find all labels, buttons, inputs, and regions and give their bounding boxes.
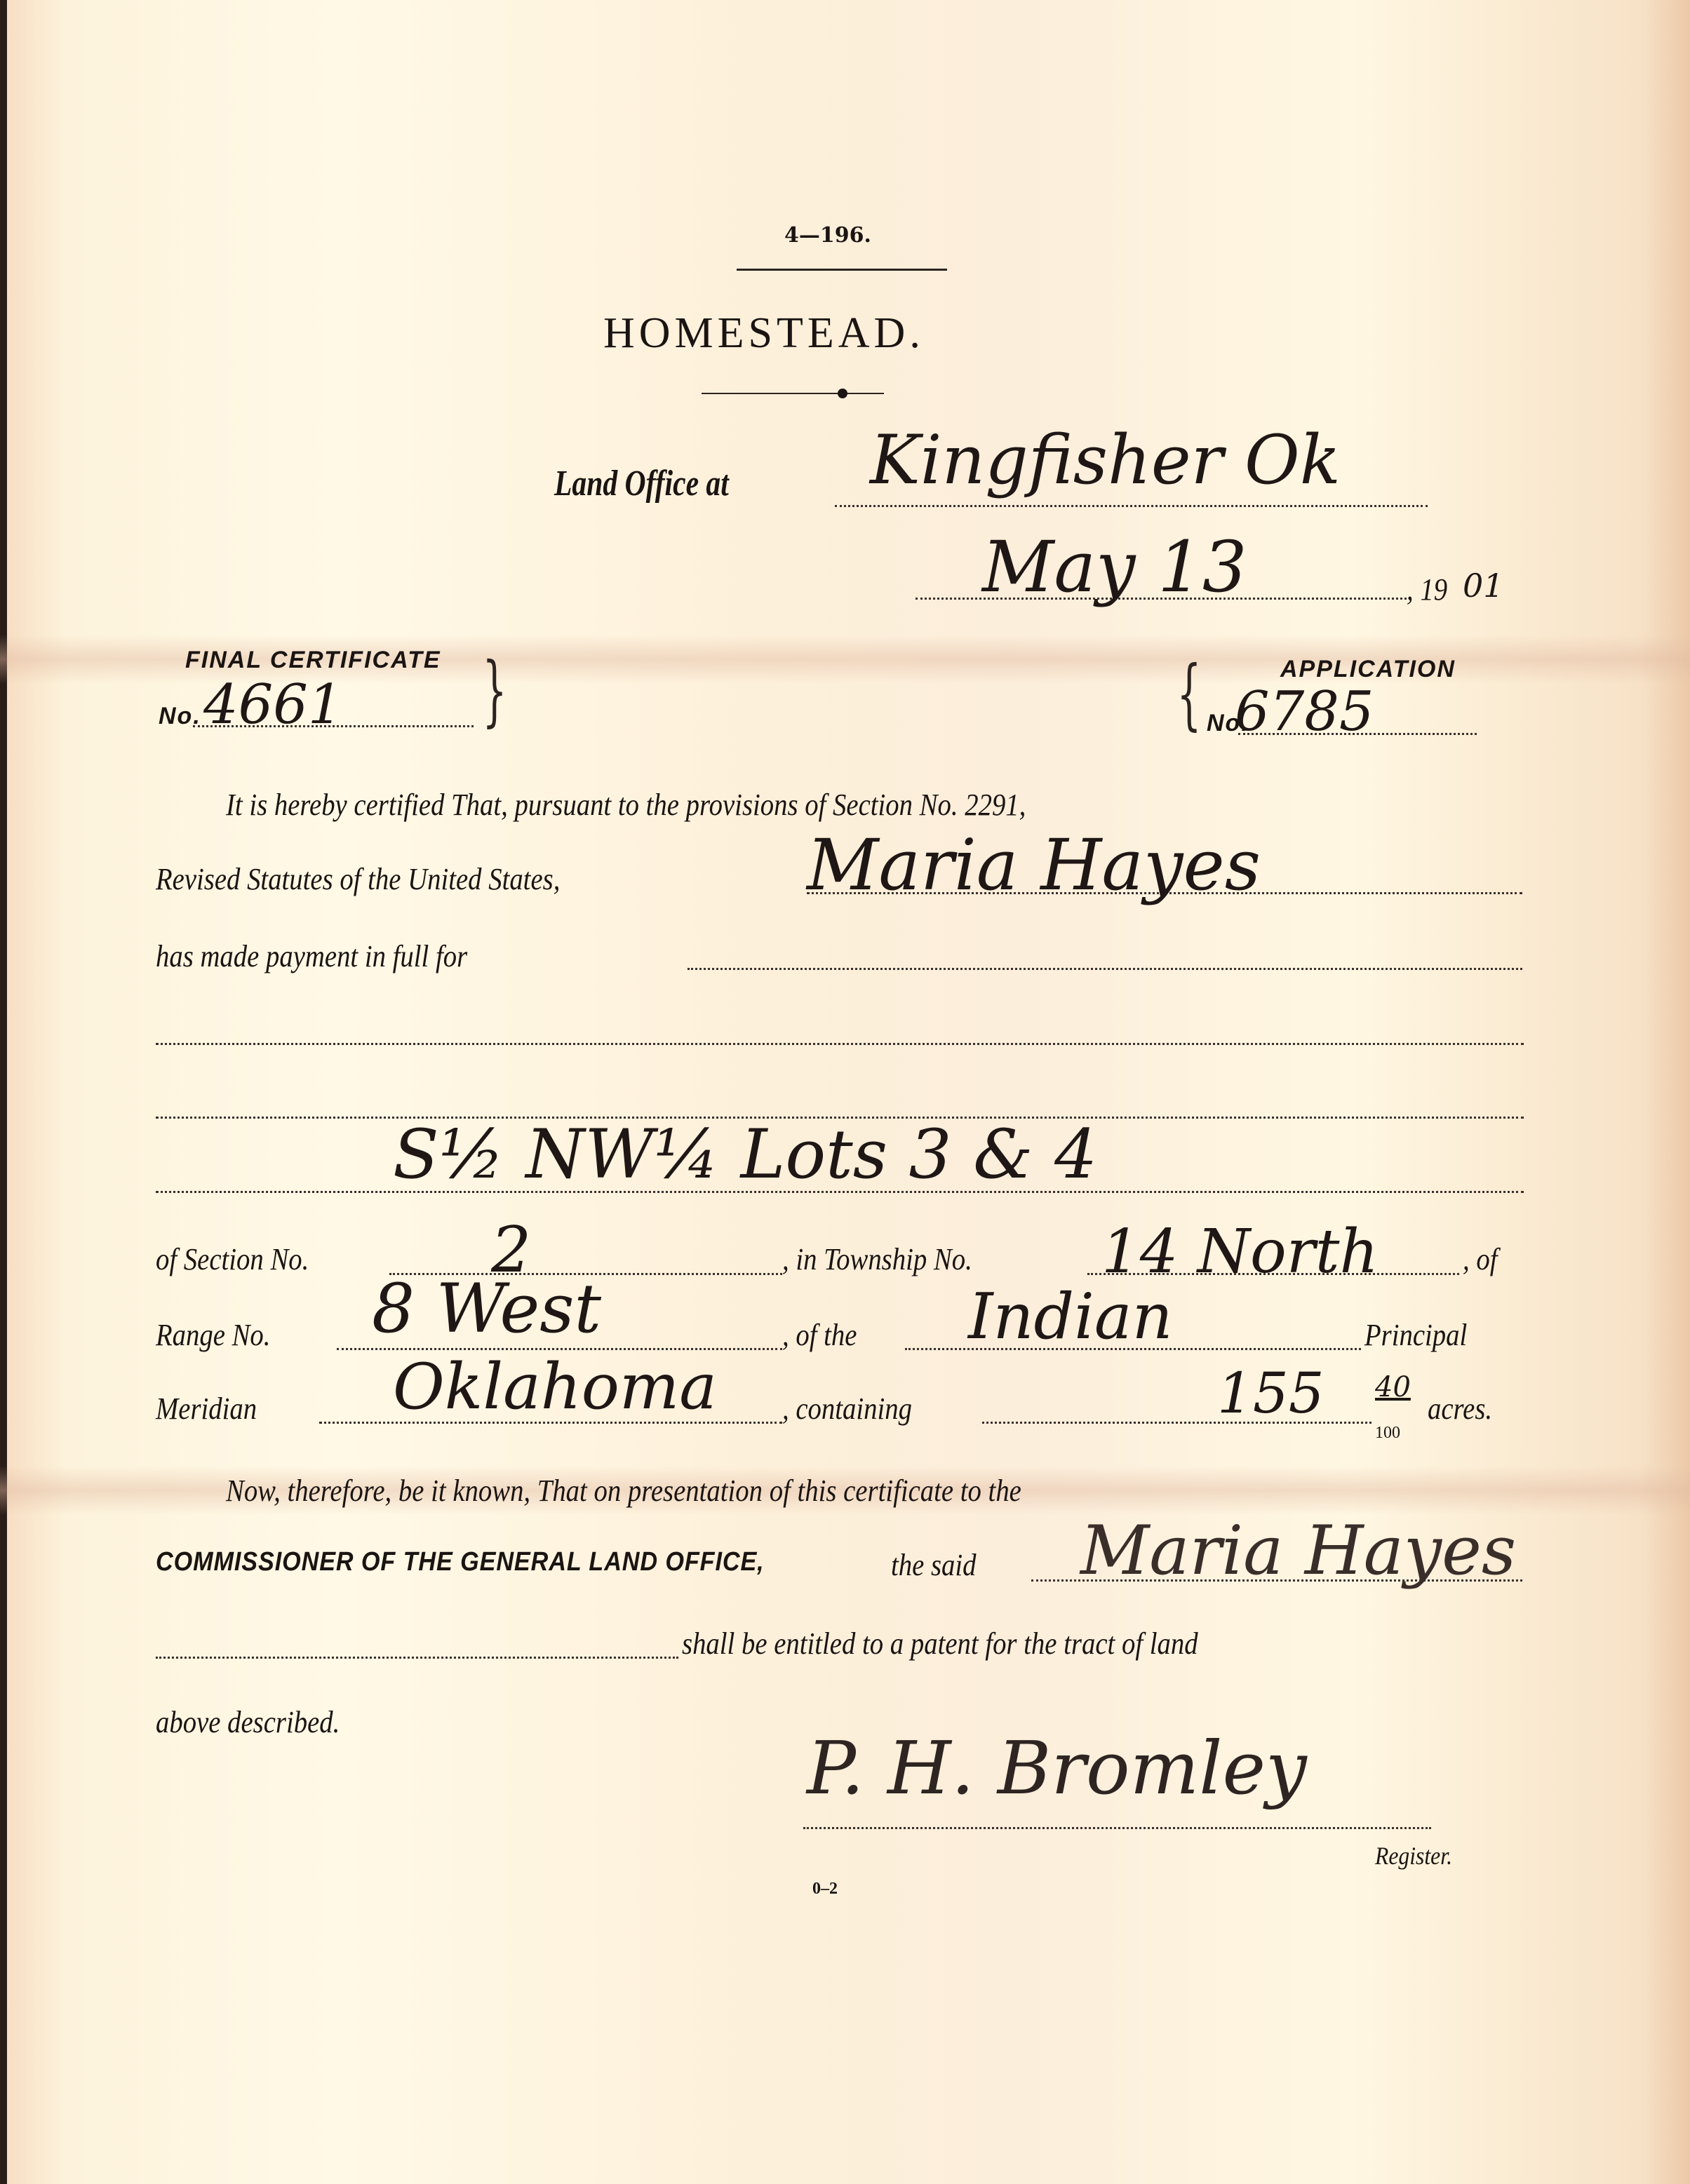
claimant-name: Maria Hayes <box>807 824 1261 906</box>
commissioner-label: COMMISSIONER OF THE GENERAL LAND OFFICE, <box>156 1547 765 1577</box>
range-value: 8 West <box>372 1269 601 1348</box>
application-value: 6785 <box>1235 680 1374 743</box>
register-signature: P. H. Bromley <box>807 1725 1307 1811</box>
meridian-label: Meridian <box>156 1391 257 1427</box>
year-prefix: , 19 <box>1407 572 1447 607</box>
meridian-value: Oklahoma <box>393 1350 717 1424</box>
acres-fraction-denominator: 100 <box>1375 1424 1400 1443</box>
payment-line-2 <box>156 1043 1524 1045</box>
principal-label: Principal <box>1364 1317 1467 1353</box>
statutes-label: Revised Statutes of the United States, <box>156 861 560 897</box>
of-the-label: , of the <box>782 1317 857 1353</box>
range-label: Range No. <box>156 1317 270 1353</box>
patent-line: shall be entitled to a patent for the tr… <box>682 1626 1198 1661</box>
the-said-label: the said <box>891 1547 977 1583</box>
township-label: , in Township No. <box>782 1241 972 1277</box>
principal-value: Indian <box>968 1280 1173 1354</box>
footer-code: 0–2 <box>812 1880 838 1899</box>
acres-value: 155 <box>1217 1361 1324 1426</box>
acres-label: acres. <box>1428 1391 1492 1427</box>
payment-label: has made payment in full for <box>156 938 467 974</box>
claimant-line-3 <box>156 1657 678 1659</box>
form-number: 4—196. <box>784 223 871 248</box>
land-office-label: Land Office at <box>554 463 729 504</box>
claimant-name-2: Maria Hayes <box>1080 1511 1516 1590</box>
application-label: APPLICATION <box>1280 656 1456 683</box>
land-office-value: Kingfisher Ok <box>870 421 1341 499</box>
section-label: of Section No. <box>156 1241 309 1277</box>
containing-label: , containing <box>782 1391 912 1427</box>
township-value: 14 North <box>1101 1217 1379 1287</box>
ornament-dot <box>838 389 847 398</box>
register-title: Register. <box>1375 1841 1452 1870</box>
scan-edge <box>0 0 7 2184</box>
ornament-divider <box>702 393 884 394</box>
document-title: HOMESTEAD. <box>603 309 925 358</box>
brace-left: { <box>1177 649 1202 739</box>
land-office-line <box>835 505 1428 507</box>
above-described: above described. <box>156 1704 340 1740</box>
brace-right: } <box>483 645 507 735</box>
certification-line: It is hereby certified That, pursuant to… <box>226 787 1026 823</box>
divider <box>737 269 947 271</box>
acres-fraction-numerator: 40 <box>1375 1371 1411 1403</box>
now-therefore-line: Now, therefore, be it known, That on pre… <box>226 1473 1021 1509</box>
land-description: S½ NW¼ Lots 3 & 4 <box>393 1115 1097 1194</box>
final-certificate-label: FINAL CERTIFICATE <box>185 647 441 674</box>
date-value: May 13 <box>982 526 1247 608</box>
of-label: , of <box>1463 1241 1497 1277</box>
signature-line <box>803 1827 1431 1829</box>
payment-line-1 <box>688 968 1522 970</box>
final-certificate-value: 4661 <box>203 673 343 736</box>
year-suffix: 01 <box>1463 567 1504 605</box>
